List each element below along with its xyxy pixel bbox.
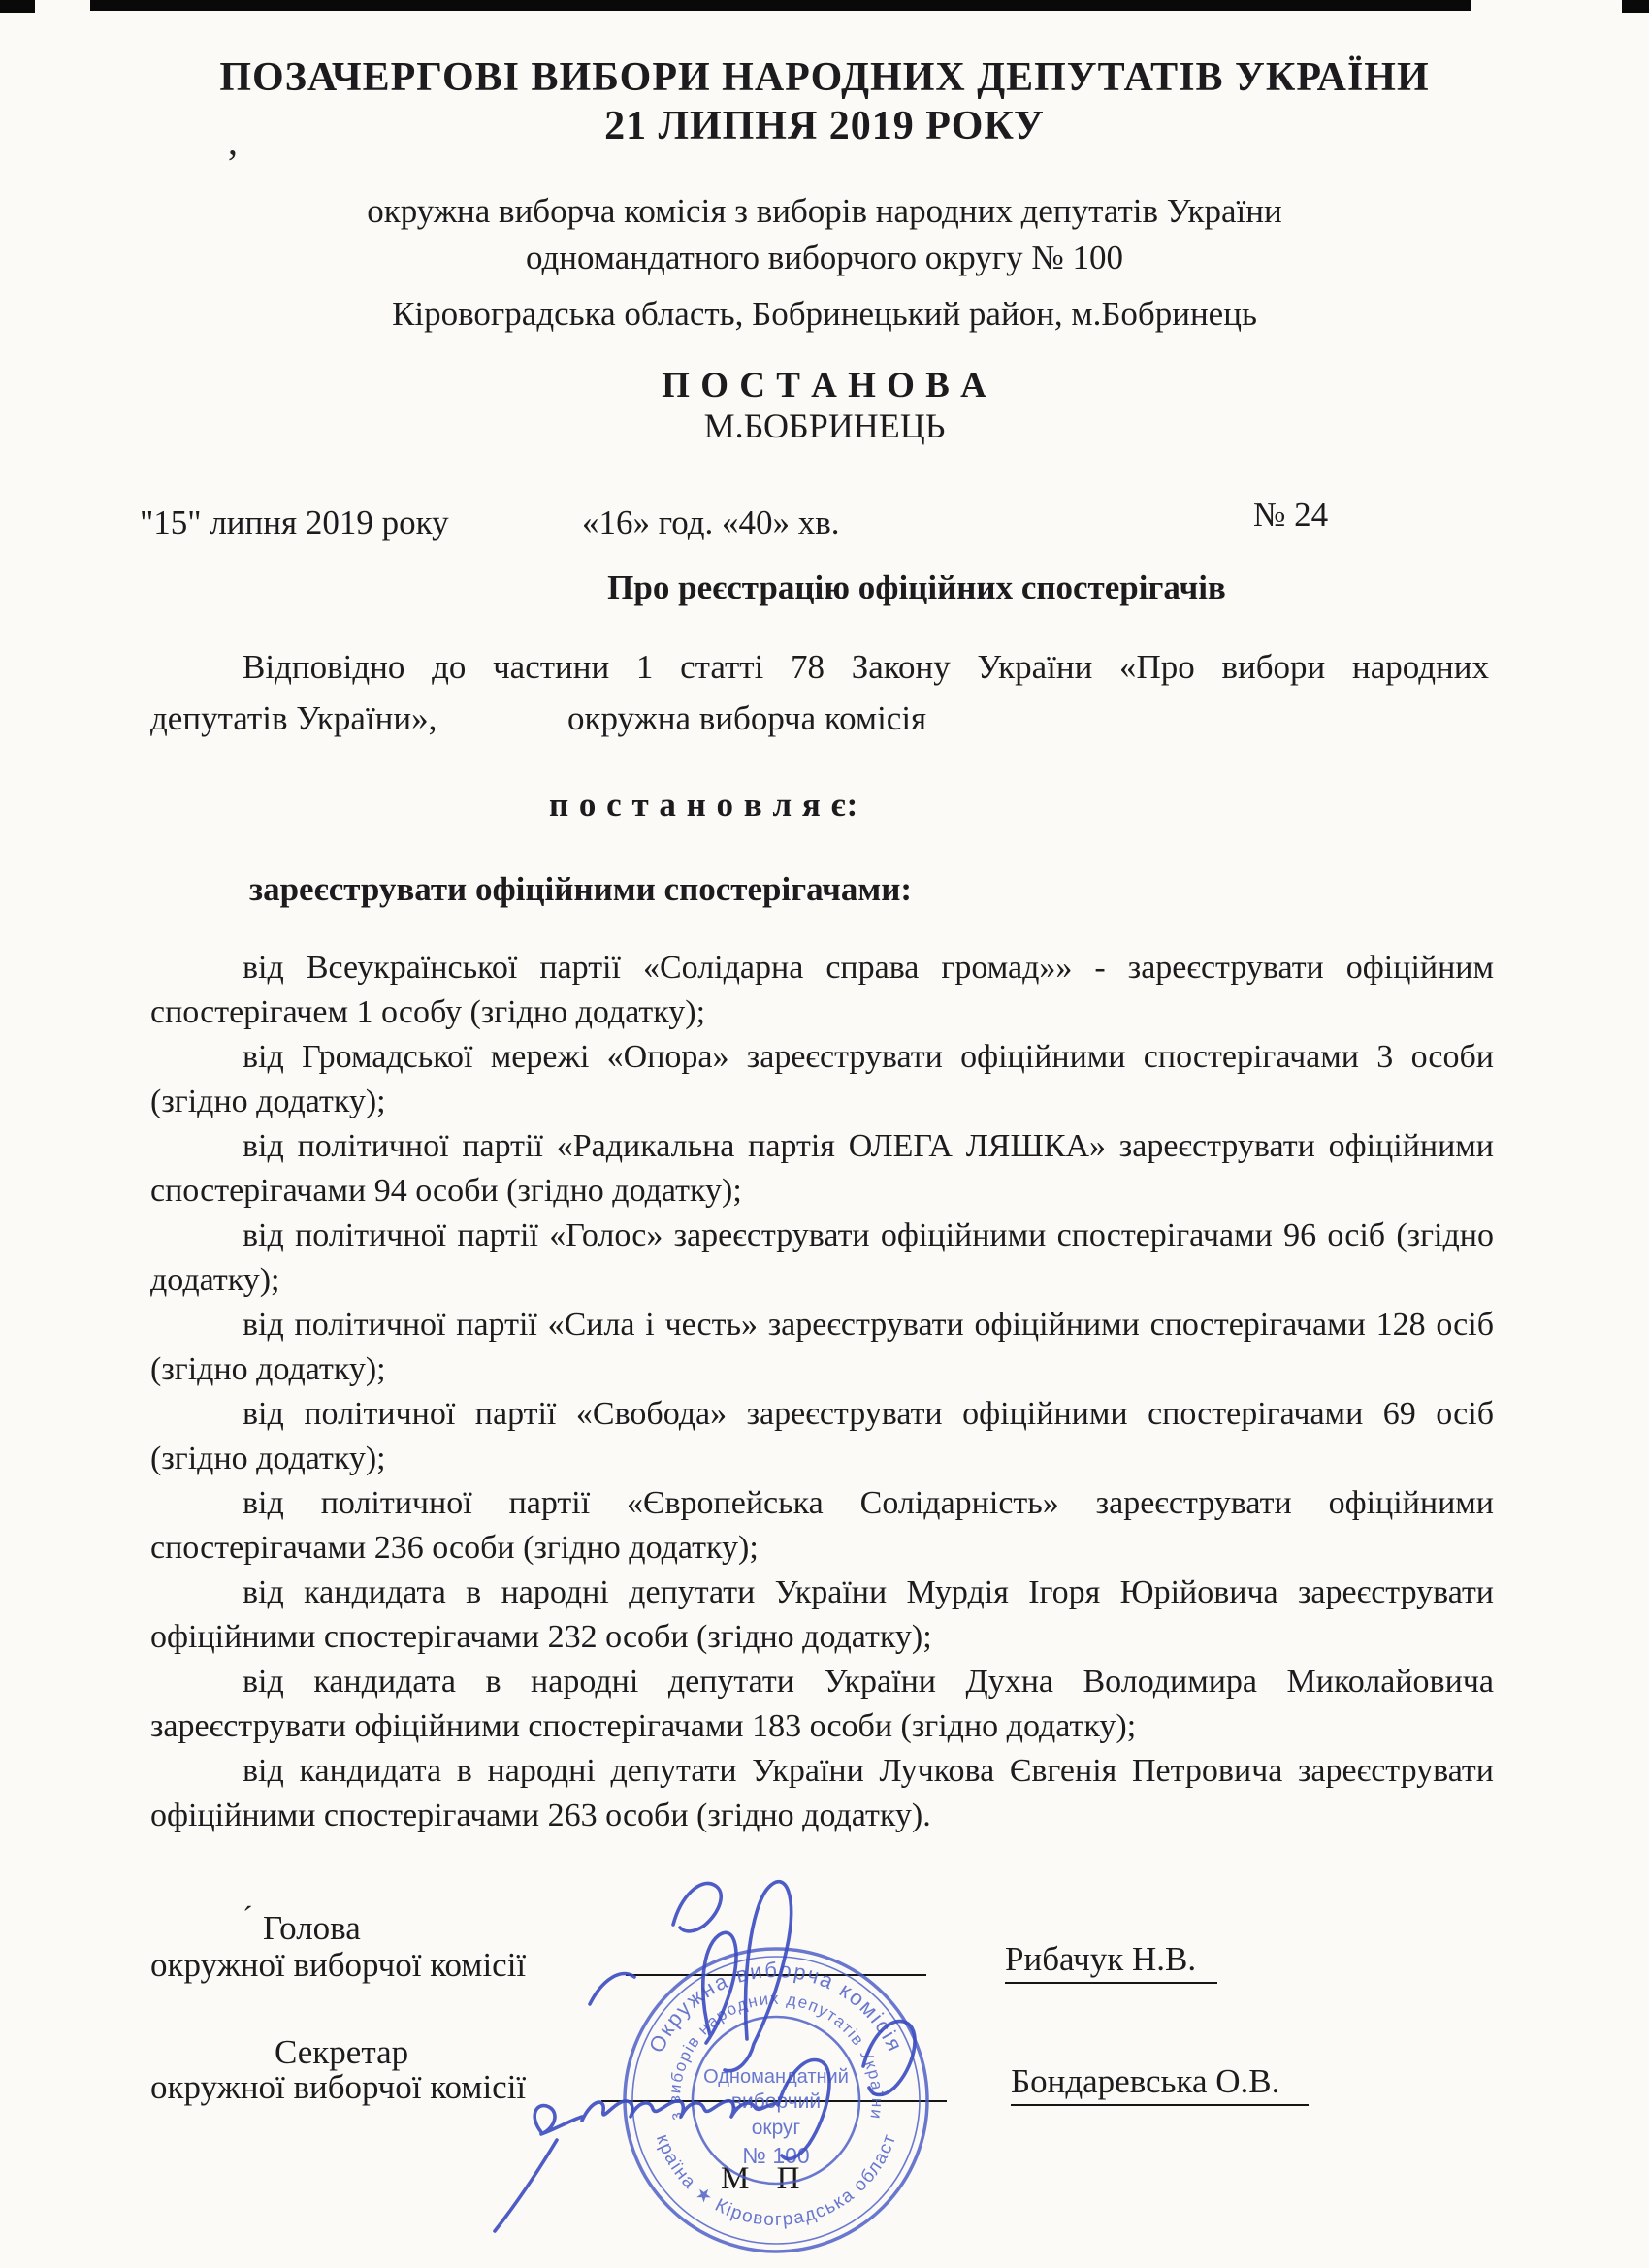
scan-speck: ‚ [226,118,239,164]
resolves-heading: п о с т а н о в л я є: [549,786,858,825]
scan-speck: ´ [242,1899,253,1935]
document-type-heading: П О С Т А Н О В А [0,365,1649,406]
head-signature-ink [703,1932,736,2043]
document-subject: Про реєстрацію офіційних спостерігачів [388,568,1445,607]
resolution-item: від політичної партії «Європейська Солід… [150,1481,1494,1571]
resolution-items: від Всеукраїнської партії «Солідарна спр… [150,946,1494,1838]
register-heading: зареєструвати офіційними спостерігачами: [249,870,912,909]
preamble-line2-left: депутатів України», [150,699,436,738]
preamble-line1: Відповідно до частини 1 статті 78 Закону… [150,648,1489,687]
secretary-signature-ink [495,2140,557,2231]
location-line: Кіровоградська область, Бобринецький рай… [0,295,1649,334]
resolution-item: від політичної партії «Радикальна партія… [150,1124,1494,1214]
head-signature-ink [590,1973,634,2004]
document-title-line2: 21 ЛИПНЯ 2019 РОКУ [0,103,1649,149]
secretary-name: Бондаревська О.В. [1011,2062,1309,2106]
scan-edge-artifact [90,0,1471,11]
head-name: Рибачук Н.В. [1005,1940,1217,1984]
document-date: "15" липня 2019 року [140,503,449,542]
resolution-item: від політичної партії «Сила і честь» зар… [150,1303,1494,1392]
secretary-title-line1: Секретар [275,2033,408,2072]
secretary-signature-ink [534,2106,582,2134]
secretary-signature-ink [778,2060,829,2159]
scan-edge-artifact [1622,0,1649,13]
scan-edge-artifact [0,0,35,13]
commission-line2: одномандатного виборчого округу № 100 [0,239,1649,277]
document-number: № 24 [1253,496,1328,535]
scanned-document-page: ПОЗАЧЕРГОВІ ВИБОРИ НАРОДНИХ ДЕПУТАТІВ УК… [0,0,1649,2268]
commission-line1: окружна виборча комісія з виборів народн… [0,192,1649,231]
resolution-item: від політичної партії «Свобода» зареєстр… [150,1392,1494,1481]
head-signature-ink [863,2022,915,2095]
resolution-item: від Громадської мережі «Опора» зареєстру… [150,1035,1494,1124]
secretary-signature-ink [582,2101,778,2121]
resolution-item: від Всеукраїнської партії «Солідарна спр… [150,946,1494,1035]
head-title-line1: Голова [263,1909,361,1948]
resolution-item: від політичної партії «Голос» зареєструв… [150,1214,1494,1303]
resolution-item: від кандидата в народні депутати України… [150,1660,1494,1749]
document-time: «16» год. «40» хв. [582,503,840,542]
head-signature-ink [673,1883,721,1930]
handwritten-signatures [456,1824,980,2251]
document-city: М.БОБРИНЕЦЬ [0,405,1649,446]
preamble-line2-right: окружна виборча комісія [567,699,926,738]
document-title-line1: ПОЗАЧЕРГОВІ ВИБОРИ НАРОДНИХ ДЕПУТАТІВ УК… [0,54,1649,101]
resolution-item: від кандидата в народні депутати України… [150,1571,1494,1660]
